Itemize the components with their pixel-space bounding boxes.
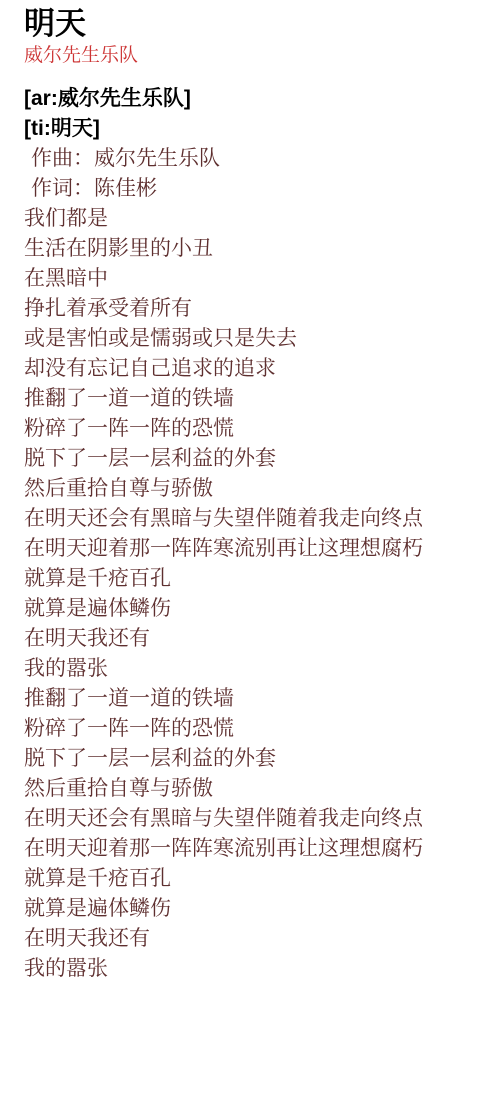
lyric-line: 在黑暗中 [24,264,484,294]
lyric-line: 粉碎了一阵一阵的恐慌 [24,714,484,744]
meta-line: [ar:威尔先生乐队] [24,84,484,114]
lyric-line: 我们都是 [24,204,484,234]
lyrics-page: 明天 威尔先生乐队 [ar:威尔先生乐队][ti:明天] 作曲：威尔先生乐队作词… [0,6,500,984]
lyric-line: 在明天我还有 [24,924,484,954]
lyric-line: 脱下了一层一层利益的外套 [24,744,484,774]
lyric-line: 就算是千疮百孔 [24,564,484,594]
lyric-line: 推翻了一道一道的铁墙 [24,684,484,714]
lyric-line: 我的嚣张 [24,654,484,684]
lyric-line: 然后重拾自尊与骄傲 [24,474,484,504]
lyric-line: 就算是遍体鳞伤 [24,894,484,924]
lyric-line: 在明天我还有 [24,624,484,654]
lyric-line: 在明天还会有黑暗与失望伴随着我走向终点 [24,504,484,534]
lyric-line: 却没有忘记自己追求的追求 [24,354,484,384]
lyric-line: 粉碎了一阵一阵的恐慌 [24,414,484,444]
lyric-line: 就算是遍体鳞伤 [24,594,484,624]
lyric-line: 我的嚣张 [24,954,484,984]
page-title: 明天 [24,6,484,42]
lyric-line: 就算是千疮百孔 [24,864,484,894]
meta-line: [ti:明天] [24,114,484,144]
lyric-lines: 我们都是生活在阴影里的小丑在黑暗中挣扎着承受着所有或是害怕或是懦弱或只是失去却没… [24,204,484,984]
lyric-line: 脱下了一层一层利益的外套 [24,444,484,474]
lyrics-block: [ar:威尔先生乐队][ti:明天] 作曲：威尔先生乐队作词：陈佳彬 我们都是生… [24,84,484,984]
meta-lines: [ar:威尔先生乐队][ti:明天] [24,84,484,144]
credit-lines: 作曲：威尔先生乐队作词：陈佳彬 [24,144,484,204]
lyric-line: 在明天还会有黑暗与失望伴随着我走向终点 [24,804,484,834]
lyric-line: 然后重拾自尊与骄傲 [24,774,484,804]
credit-line: 作曲：威尔先生乐队 [24,144,484,174]
lyric-line: 在明天迎着那一阵阵寒流别再让这理想腐朽 [24,834,484,864]
lyric-line: 在明天迎着那一阵阵寒流别再让这理想腐朽 [24,534,484,564]
lyric-line: 挣扎着承受着所有 [24,294,484,324]
lyric-line: 生活在阴影里的小丑 [24,234,484,264]
credit-line: 作词：陈佳彬 [24,174,484,204]
lyric-line: 推翻了一道一道的铁墙 [24,384,484,414]
lyric-line: 或是害怕或是懦弱或只是失去 [24,324,484,354]
artist-row: 威尔先生乐队 [24,45,484,67]
artist-link[interactable]: 威尔先生乐队 [24,45,138,66]
